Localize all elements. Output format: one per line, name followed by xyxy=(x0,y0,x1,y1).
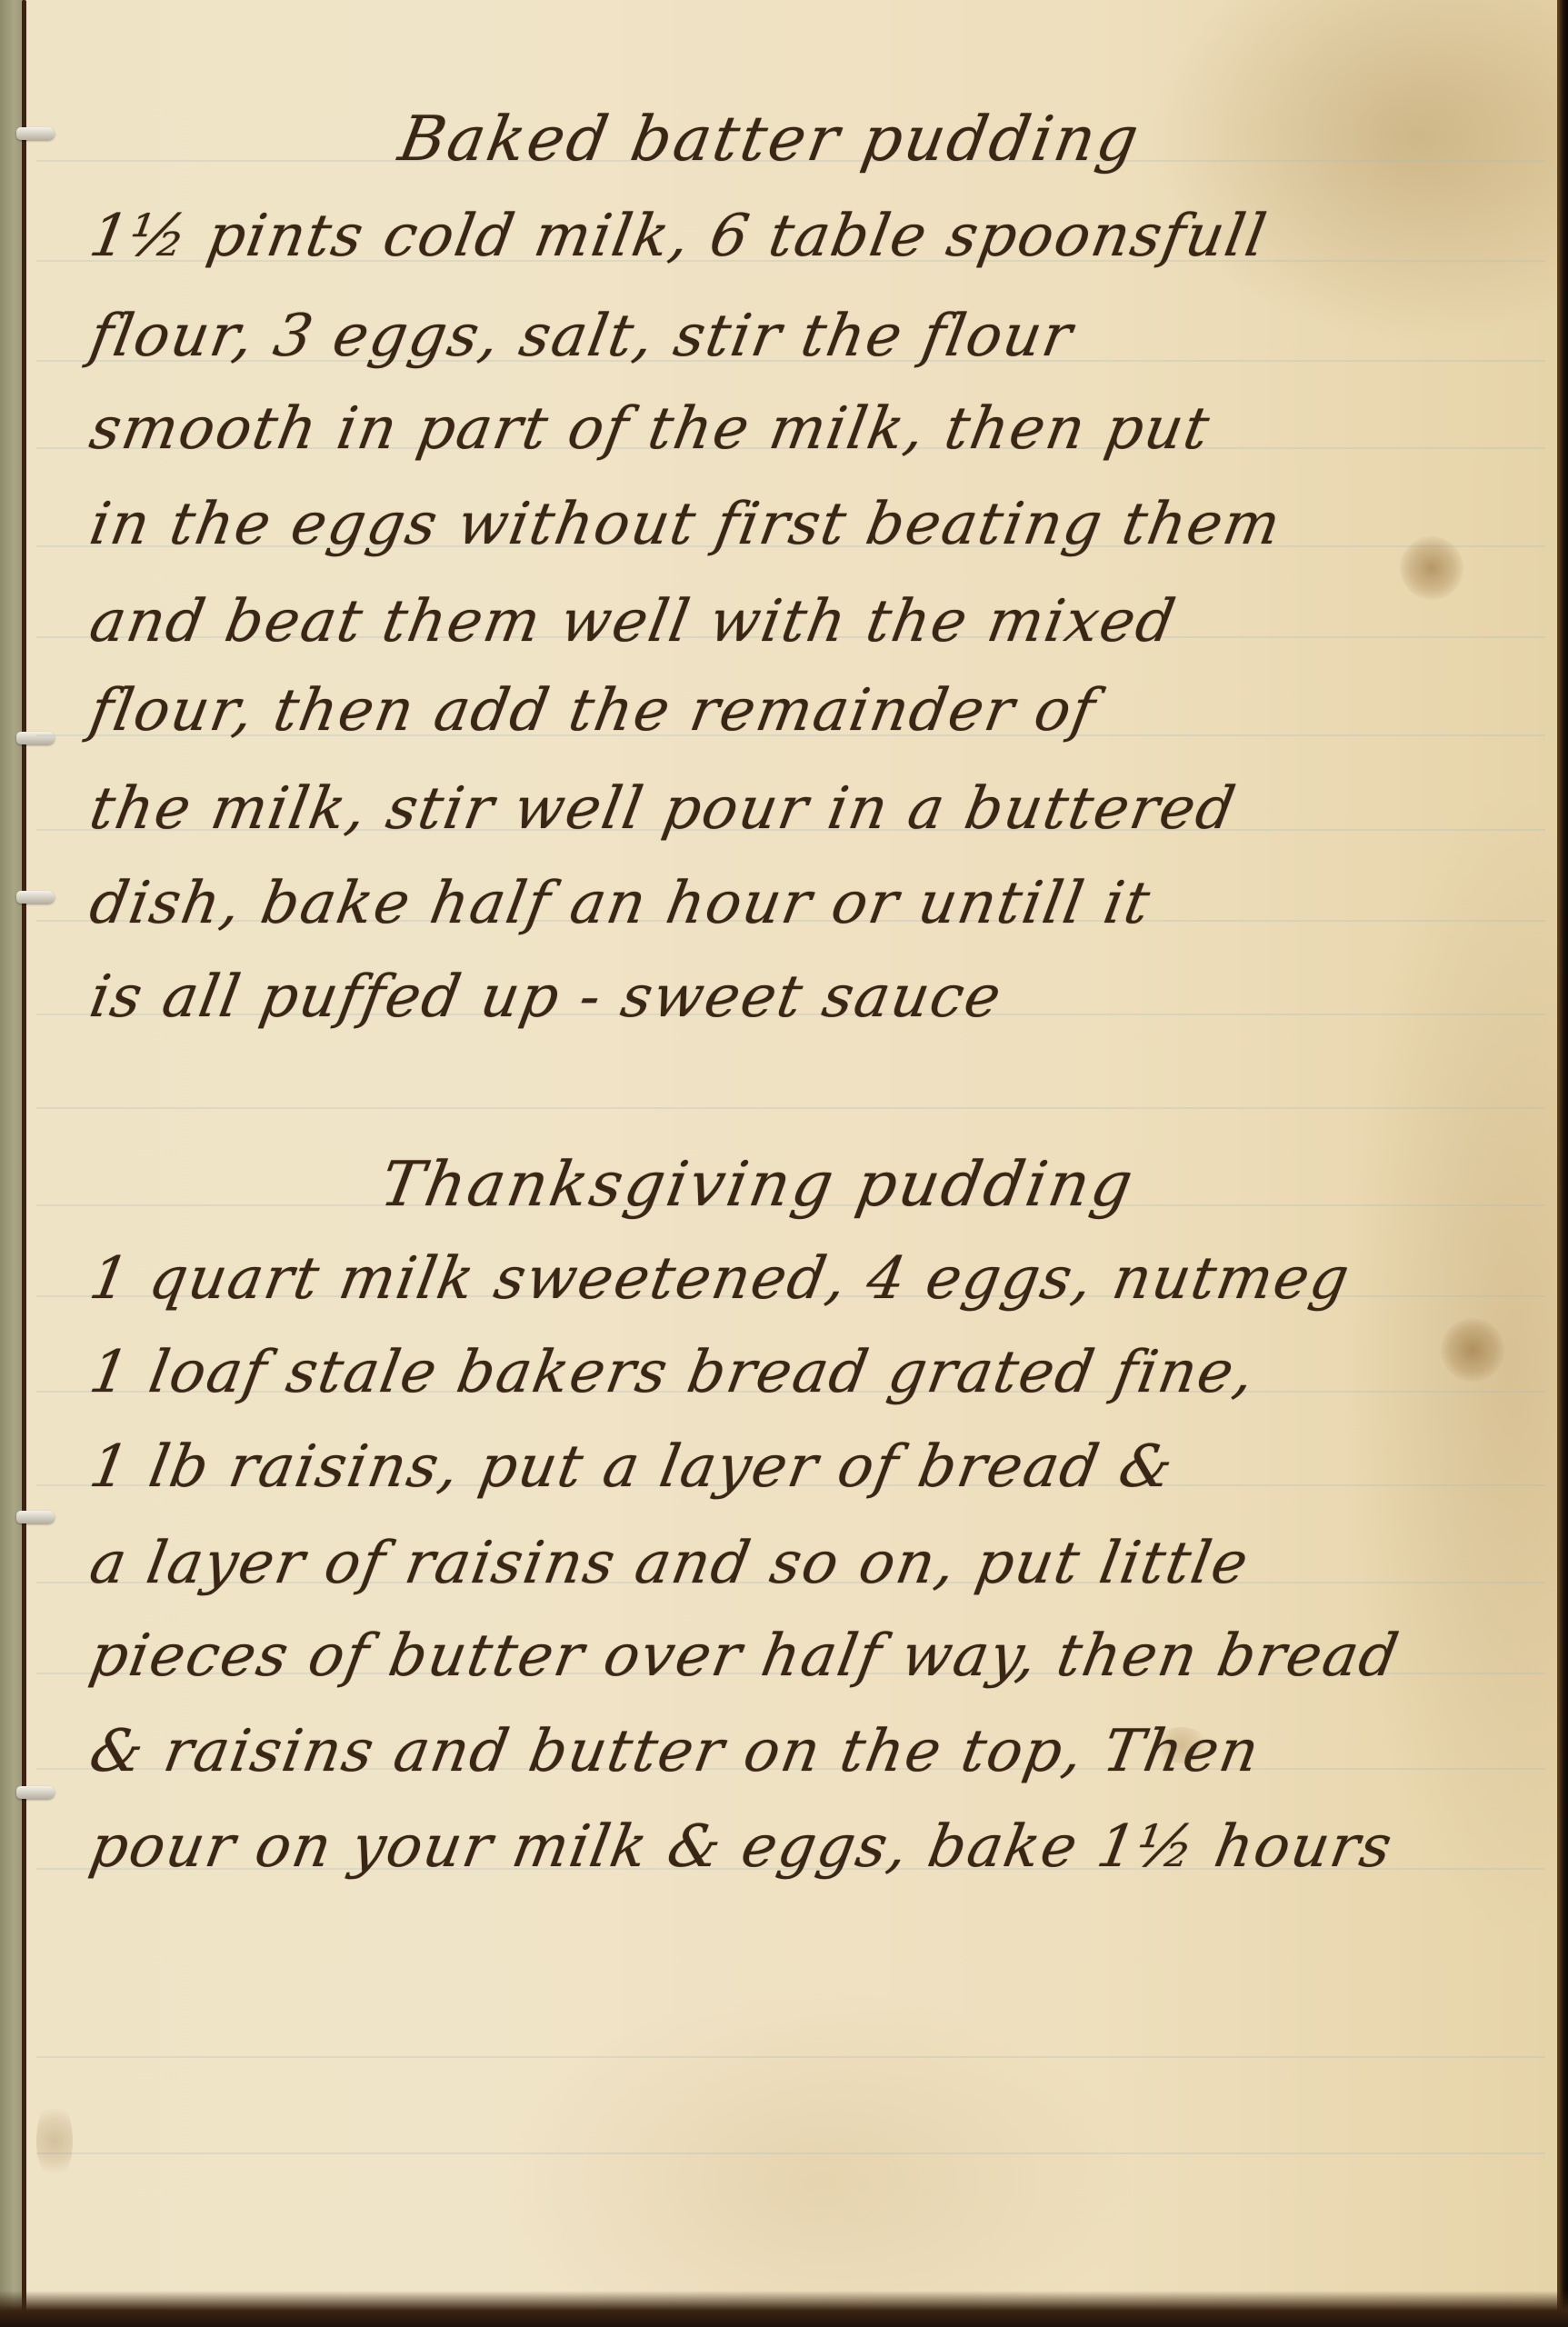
recipe-line: the milk, stir well pour in a buttered xyxy=(85,780,1241,838)
manuscript-page: Baked batter pudding 1½ pints cold milk,… xyxy=(0,0,1568,2327)
recipe-title: Thanksgiving pudding xyxy=(376,1154,1139,1216)
recipe-line: smooth in part of the milk, then put xyxy=(85,400,1214,458)
recipe-line: 1 lb raisins, put a layer of bread & xyxy=(85,1438,1178,1496)
recipe-line: flour, 3 eggs, salt, stir the flour xyxy=(85,307,1077,365)
recipe-line: pour on your milk & eggs, bake 1½ hours xyxy=(85,1818,1397,1876)
recipe-line: is all puffed up - sweet sauce xyxy=(85,968,1006,1026)
recipe-line: & raisins and butter on the top, Then xyxy=(85,1723,1264,1781)
recipe-line: 1 loaf stale bakers bread grated fine, xyxy=(85,1343,1260,1402)
recipe-line: and beat them well with the mixed xyxy=(85,593,1181,651)
recipe-line: in the eggs without first beating them xyxy=(85,495,1285,554)
recipe-line: pieces of butter over half way, then bre… xyxy=(85,1627,1403,1685)
recipe-line: 1 quart milk sweetened, 4 eggs, nutmeg xyxy=(85,1250,1354,1308)
handwritten-text: Baked batter pudding 1½ pints cold milk,… xyxy=(0,0,1568,2327)
recipe-line: a layer of raisins and so on, put little xyxy=(85,1534,1253,1593)
recipe-line: dish, bake half an hour or untill it xyxy=(85,874,1155,933)
recipe-title: Baked batter pudding xyxy=(394,109,1145,171)
recipe-line: flour, then add the remainder of xyxy=(85,682,1100,740)
recipe-line: 1½ pints cold milk, 6 table spoonsfull xyxy=(85,207,1272,265)
